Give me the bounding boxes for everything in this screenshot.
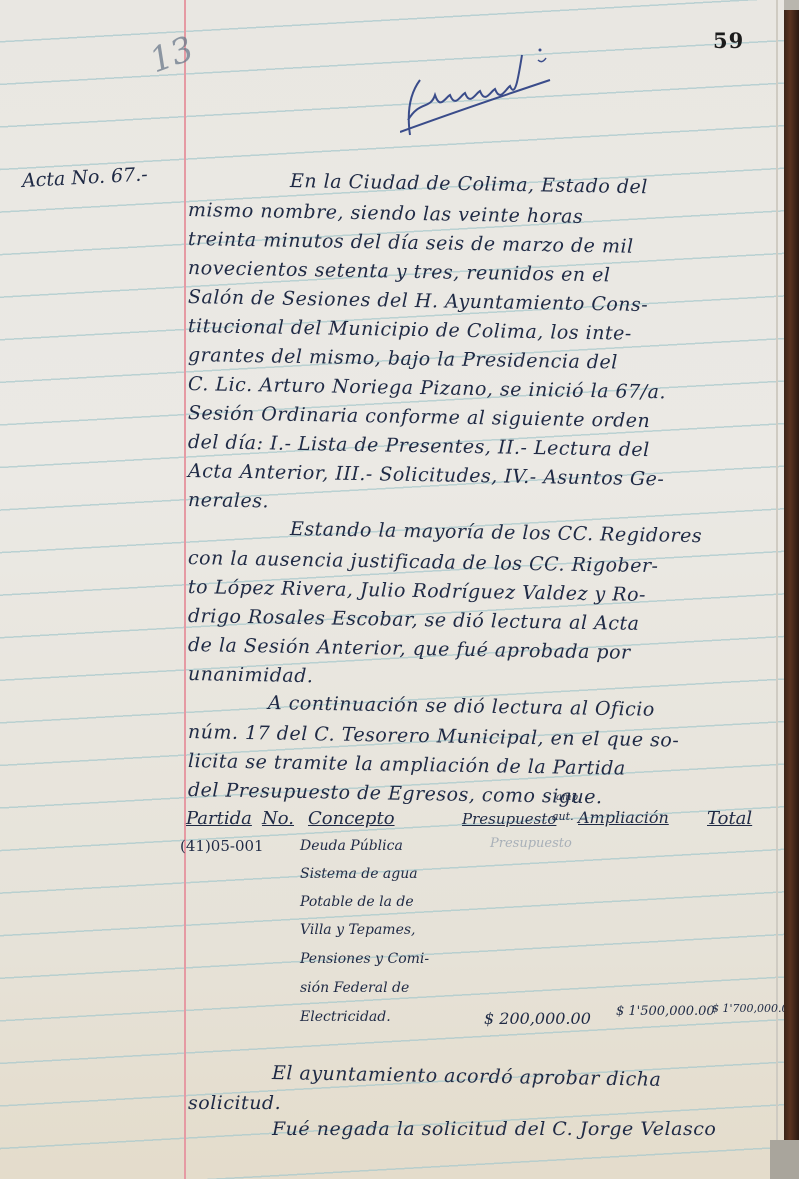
faint-pencil-note: Presupuesto: [490, 836, 572, 851]
concepto-line-2: Sistema de agua: [300, 866, 418, 882]
margin-line: [184, 0, 186, 1179]
concepto-line-4: Villa y Tepames,: [300, 922, 416, 938]
quorum-line-6: unanimidad.: [188, 663, 314, 687]
negada-line-1: Fué negada la solicitud del C. Jorge Vel…: [272, 1118, 716, 1140]
header-presupuesto: Presupuesto: [462, 810, 556, 828]
concepto-line-6: sión Federal de: [300, 980, 409, 996]
concepto-line-3: Potable de la de: [300, 894, 414, 910]
intro-line-12: nerales.: [188, 489, 269, 512]
signature-icon: [400, 40, 570, 140]
page-number: 59: [713, 28, 744, 53]
concepto-line-5: Pensiones y Comi-: [300, 951, 429, 967]
header-numero: No.: [262, 808, 294, 829]
concepto-line-1: Deuda Pública: [300, 838, 403, 854]
annotation-aut: aut.: [552, 810, 574, 823]
row-total: $ 1'700,000.00: [712, 1002, 784, 1015]
header-partida: Partida: [186, 808, 252, 829]
annotation-amp: amp.: [556, 792, 581, 803]
ledger-page: 59 13 Acta No. 67.- En la Ciudad de Coli…: [0, 0, 784, 1179]
concepto-line-7: Electricidad.: [300, 1009, 391, 1025]
row-partida: (41)05-001: [180, 837, 264, 855]
header-concepto: Concepto: [308, 808, 395, 829]
row-ampliacion: $ 1'500,000.00: [616, 1004, 715, 1019]
row-presupuesto: $ 200,000.00: [484, 1009, 591, 1028]
book-binding: [784, 10, 799, 1140]
acuerdo-line-2: solicitud.: [188, 1092, 281, 1114]
header-total: Total: [707, 808, 752, 829]
book-corner: [770, 1140, 799, 1179]
header-ampliacion: Ampliación: [578, 808, 669, 827]
